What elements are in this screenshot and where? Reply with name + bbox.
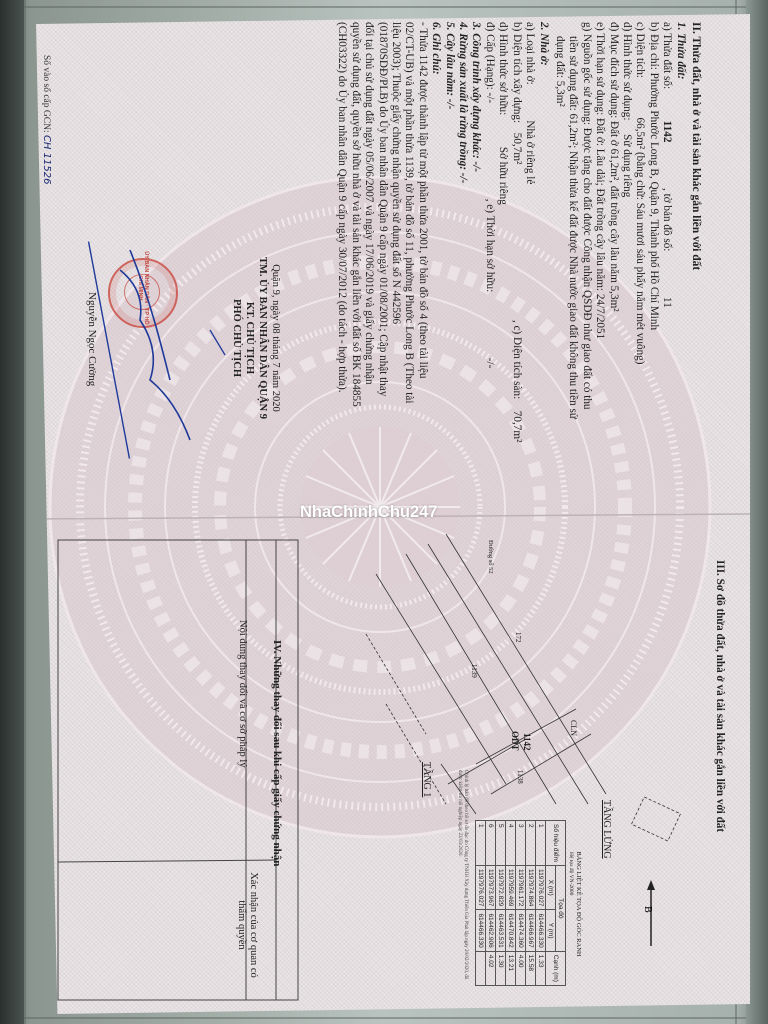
coord-row: 31197961.172614474.3604.00: [516, 821, 526, 986]
issue-place-date: Quận 9, ngày 08 tháng 7 năm 2020: [269, 228, 282, 448]
coord-cell: 1197976.027: [476, 865, 486, 909]
signer-title: PHÓ CHỦ TỊCH: [230, 228, 243, 448]
signature-block: Quận 9, ngày 08 tháng 7 năm 2020 TM. ỦY …: [230, 228, 282, 448]
north-arrow-icon: B: [636, 878, 666, 953]
coord-cell: 1197973.967: [486, 865, 496, 909]
adjacent-code: CLN: [569, 720, 578, 736]
coord-cell: 13.21: [506, 951, 516, 985]
coord-cell: 5: [496, 821, 506, 866]
section-4-col-changes: Nội dung thay đổi và cơ sở pháp lý: [237, 620, 248, 768]
coord-cell: 614470.842: [506, 910, 516, 951]
coord-cell: 3: [516, 821, 526, 866]
section-3-title: III. Sơ đồ thửa đất, nhà ở và tài sản kh…: [714, 560, 726, 832]
coord-cell: 614466.330: [536, 910, 546, 951]
coord-cell: 4.00: [516, 951, 526, 985]
signer-name: Nguyễn Ngọc Cường: [86, 292, 98, 386]
col-y: Y (m): [546, 910, 556, 951]
issuing-organization: TM. ỦY BAN NHÂN DÂN QUẬN 9: [256, 228, 269, 448]
col-x: X (m): [546, 865, 556, 909]
coord-cell: 614466.330: [476, 910, 486, 951]
coord-cell: 1.30: [496, 951, 506, 985]
neighbor-parcel: 1138: [516, 770, 524, 784]
coord-row: 11197976.027614466.3301.33: [536, 821, 546, 986]
coord-cell: 1197961.172: [516, 865, 526, 909]
coord-cell: [476, 951, 486, 985]
coord-cell: 15.58: [526, 951, 536, 985]
neighbor-parcel: 172: [514, 632, 522, 643]
coord-cell: 1197972.829: [496, 865, 506, 909]
north-label: B: [642, 906, 653, 913]
coord-row: 51197972.829614463.5311.30: [496, 821, 506, 986]
survey-note: Chỉnh lý bản đồ theo hồ sơ đo đạc do Côn…: [456, 770, 468, 990]
coord-cell: 1197974.864: [526, 865, 536, 909]
coord-cell: 614466.967: [526, 910, 536, 951]
coord-cell: 1: [476, 821, 486, 866]
parcel-use-code: ODT: [510, 731, 520, 751]
col-group-coords: Tọa độ: [556, 865, 566, 951]
coord-table-title: BẢNG LIỆT KÊ TỌA ĐỘ GÓC RANH: [575, 834, 582, 974]
coord-cell: 4.02: [486, 951, 496, 985]
section-4-col-confirmation: Xác nhận của cơ quan có thẩm quyền: [235, 870, 259, 980]
coord-cell: 614463.531: [496, 910, 506, 951]
coord-cell: 2: [526, 821, 536, 866]
road-name: Đường số 52: [487, 540, 494, 574]
coord-cell: 614462.906: [486, 910, 496, 951]
neighbor-parcel: 1139: [470, 664, 478, 678]
coord-cell: 1: [536, 821, 546, 866]
parcel-number-diagram: 1142: [522, 733, 532, 751]
col-edge: Cạnh (m): [546, 951, 566, 985]
coord-cell: 1197959.469: [506, 865, 516, 909]
coord-row: 21197974.864614466.96715.58: [526, 821, 536, 986]
coord-cell: 4: [506, 821, 516, 866]
coord-cell: 1197976.027: [536, 865, 546, 909]
col-point: Số hiệu điểm: [546, 821, 566, 866]
floor-label-ground: TẦNG 1: [421, 762, 432, 797]
on-behalf-of: KT. CHỦ TỊCH: [243, 228, 256, 448]
coord-cell: 1.33: [536, 951, 546, 985]
watermark: NhaChinhChu247: [300, 503, 438, 522]
coord-cell: 6: [486, 821, 496, 866]
coord-row: 61197973.967614462.9064.02: [486, 821, 496, 986]
section-4-title: IV. Những thay đổi sau khi cấp giấy chứn…: [271, 640, 283, 866]
floor-label-mezzanine: TẦNG LỬNG: [601, 800, 612, 859]
coord-row: 11197976.027614466.330: [476, 821, 486, 986]
coord-row: 41197959.469614470.84213.21: [506, 821, 516, 986]
coord-cell: 614474.360: [516, 910, 526, 951]
coord-table-subtitle: Hệ tọa độ VN-2000: [568, 852, 574, 895]
